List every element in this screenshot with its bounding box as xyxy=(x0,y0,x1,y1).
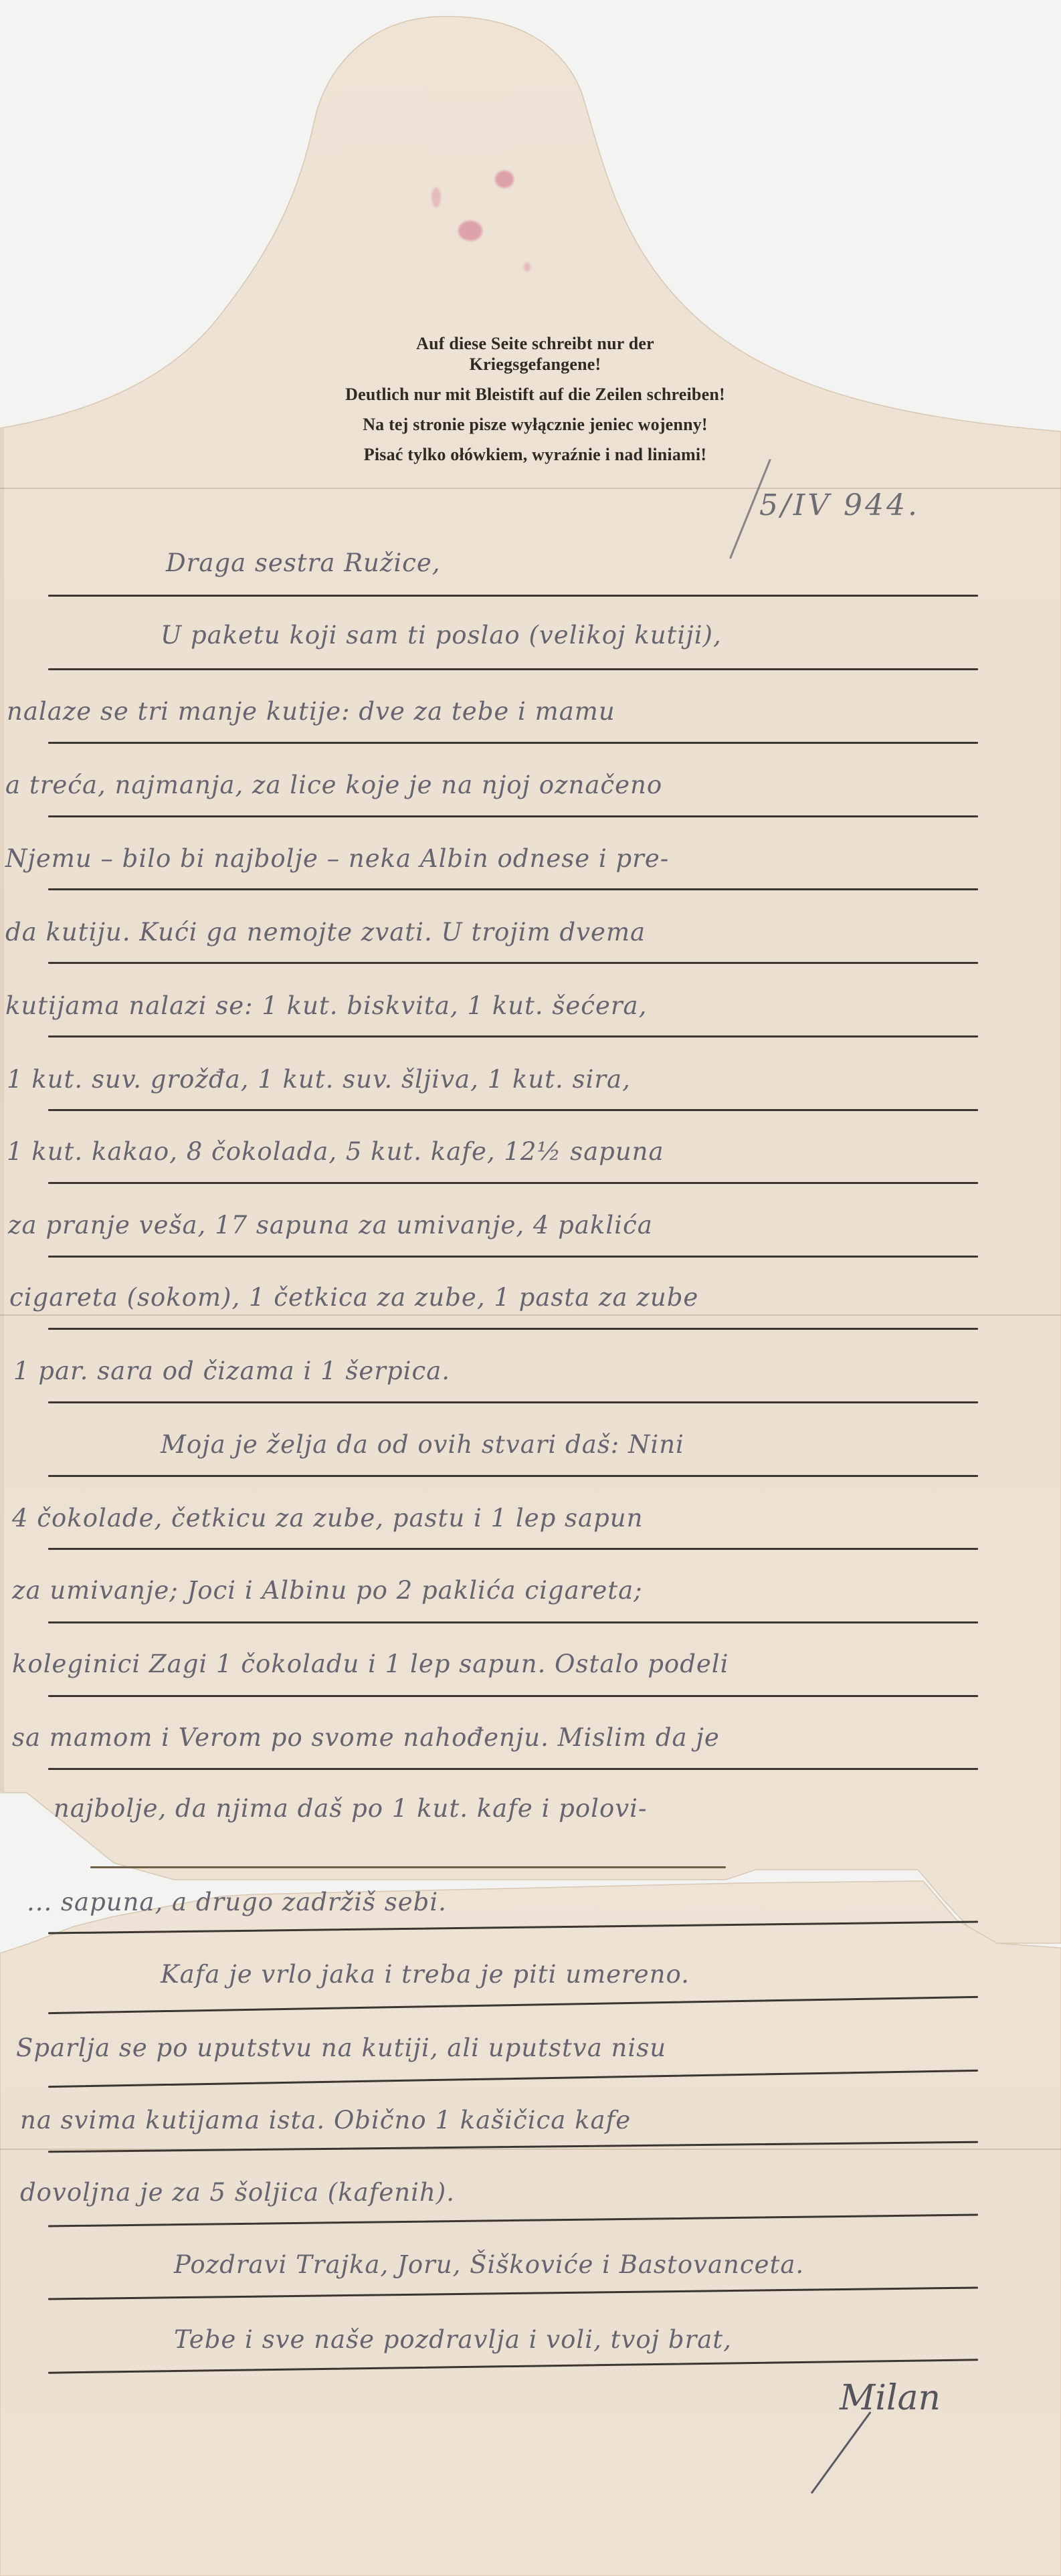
ruled-line xyxy=(48,1256,978,1258)
ruled-line xyxy=(48,1475,978,1477)
instruction-german-1: Auf diese Seite schreibt nur der xyxy=(254,333,816,354)
letter-line: da kutiju. Kući ga nemojte zvati. U troj… xyxy=(5,918,646,947)
ink-stain xyxy=(524,262,530,272)
salutation: Draga sestra Ružice, xyxy=(166,549,441,577)
ruled-line xyxy=(48,742,978,744)
instruction-german-3: Deutlich nur mit Bleistift auf die Zeile… xyxy=(254,384,816,405)
ruled-line xyxy=(48,1768,978,1770)
instruction-polish-1: Na tej stronie pisze wyłącznie jeniec wo… xyxy=(254,414,816,435)
letter-line: 1 par. sara od čizama i 1 šerpica. xyxy=(13,1357,450,1385)
letter-line: za umivanje; Joci i Albinu po 2 paklića … xyxy=(12,1576,643,1605)
ruled-line xyxy=(48,1401,978,1403)
letter-line: najbolje, da njima daš po 1 kut. kafe i … xyxy=(54,1794,648,1823)
ruled-line xyxy=(48,1548,978,1550)
printed-instructions: Auf diese Seite schreibt nur der Kriegsg… xyxy=(254,333,816,465)
letter-line: 1 kut. kakao, 8 čokolada, 5 kut. kafe, 1… xyxy=(7,1137,664,1166)
letter-line: Kafa je vrlo jaka i treba je piti umeren… xyxy=(161,1960,690,1989)
letter-line: a treća, najmanja, za lice koje je na nj… xyxy=(5,771,662,799)
ruled-line xyxy=(48,668,978,670)
letter-line: Pozdravi Trajka, Joru, Šiškoviće i Basto… xyxy=(174,2250,804,2279)
letter-date: 5/IV 944. xyxy=(759,488,920,522)
signature: Milan xyxy=(840,2378,941,2418)
letter-line: U paketu koji sam ti poslao (velikoj kut… xyxy=(161,621,722,650)
letter-line: Njemu – bilo bi najbolje – neka Albin od… xyxy=(5,844,669,873)
ruled-line xyxy=(48,1182,978,1184)
instruction-german-2: Kriegsgefangene! xyxy=(254,354,816,375)
letter-line: Sparlja se po uputstvu na kutiji, ali up… xyxy=(16,2034,666,2062)
letter-line: cigareta (sokom), 1 četkica za zube, 1 p… xyxy=(9,1283,698,1312)
ruled-line xyxy=(48,1328,978,1330)
ink-stain xyxy=(431,187,441,207)
letter-line: 4 čokolade, četkicu za zube, pastu i 1 l… xyxy=(12,1504,643,1532)
ruled-line xyxy=(48,1621,978,1623)
letter-line: za pranje veša, 17 sapuna za umivanje, 4… xyxy=(8,1211,653,1240)
fold-crease xyxy=(0,1314,1061,1316)
letter-line: dovoljna je za 5 šoljica (kafenih). xyxy=(20,2178,455,2207)
letter-line: 1 kut. suv. grožđa, 1 kut. suv. šljiva, … xyxy=(7,1065,631,1094)
closing-line: Tebe i sve naše pozdravlja i voli, tvoj … xyxy=(174,2325,732,2354)
letter-line: ... sapuna, a drugo zadržiš sebi. xyxy=(27,1888,447,1916)
letter-line: koleginici Zagi 1 čokoladu i 1 lep sapun… xyxy=(12,1650,729,1678)
ruled-line xyxy=(48,1035,978,1037)
ruled-line xyxy=(48,1109,978,1111)
letter-line: na svima kutijama ista. Obično 1 kašičic… xyxy=(20,2106,631,2135)
ruled-line xyxy=(48,595,978,597)
letter-line: kutijama nalazi se: 1 kut. biskvita, 1 k… xyxy=(5,991,647,1020)
ruled-line xyxy=(48,1695,978,1697)
letter-line: nalaze se tri manje kutije: dve za tebe … xyxy=(7,697,615,726)
instruction-polish-2: Pisać tylko ołówkiem, wyraźnie i nad lin… xyxy=(254,444,816,465)
ink-stain xyxy=(458,221,482,241)
ruled-line xyxy=(48,962,978,964)
ruled-line xyxy=(90,1866,726,1868)
ruled-line xyxy=(48,888,978,890)
ruled-line xyxy=(48,815,978,817)
letter-line: sa mamom i Verom po svome nahođenju. Mis… xyxy=(12,1723,720,1752)
letter-line: Moja je želja da od ovih stvari daš: Nin… xyxy=(161,1430,684,1459)
ink-stain xyxy=(495,171,514,188)
